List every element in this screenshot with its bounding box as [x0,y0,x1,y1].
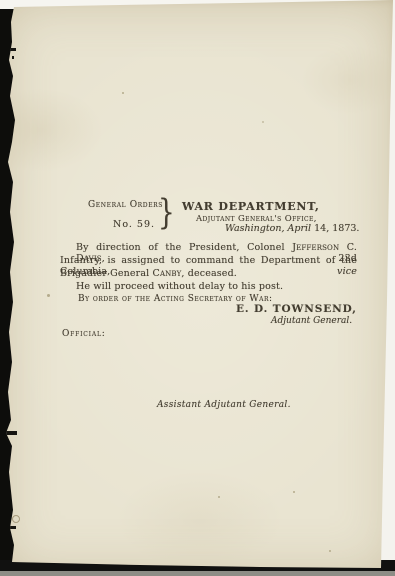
surface-edge [0,571,395,576]
binding-hole [12,515,20,523]
officer-name-canby: Canby [153,268,182,279]
official-label: Official: [62,329,106,339]
body-text: By direction of the President, Colonel [76,242,292,253]
assistant-adjutant-general-line: Assistant Adjutant General. [157,400,291,410]
adjutant-generals-office-line: Adjutant General's Office, [196,214,317,224]
order-number: No. 59. [113,219,155,230]
body-line-4: He will proceed without delay to his pos… [60,281,357,292]
general-orders-label: General Orders [88,200,163,210]
place-date-italic: Washington, April [225,223,314,234]
stitch-mark [8,526,16,529]
foxing-speck [329,550,331,552]
foxing-speck [262,121,264,123]
war-department-heading: WAR DEPARTMENT, [182,200,320,213]
stitch-mark [12,56,14,59]
foxing-speck [47,294,50,297]
body-text: , deceased. [181,268,237,279]
signature-title: Adjutant General. [271,316,352,326]
stitch-mark [3,431,17,435]
document-page: General Orders No. 59. } WAR DEPARTMENT,… [0,0,395,576]
body-line-3: Brigadier General Canby, deceased. [60,268,357,279]
body-text: Brigadier General [60,268,153,279]
place-date-line: Washington, April 14, 1873. [225,223,359,234]
photo-of-document: General Orders No. 59. } WAR DEPARTMENT,… [0,0,395,576]
place-date-roman: 14, 1873. [314,223,359,234]
foxing-speck [218,496,220,498]
brace-glyph: } [158,193,175,233]
signature-name: E. D. TOWNSEND, [236,303,357,315]
foxing-speck [293,491,295,493]
stitch-mark [9,48,16,51]
foxing-speck [122,92,124,94]
